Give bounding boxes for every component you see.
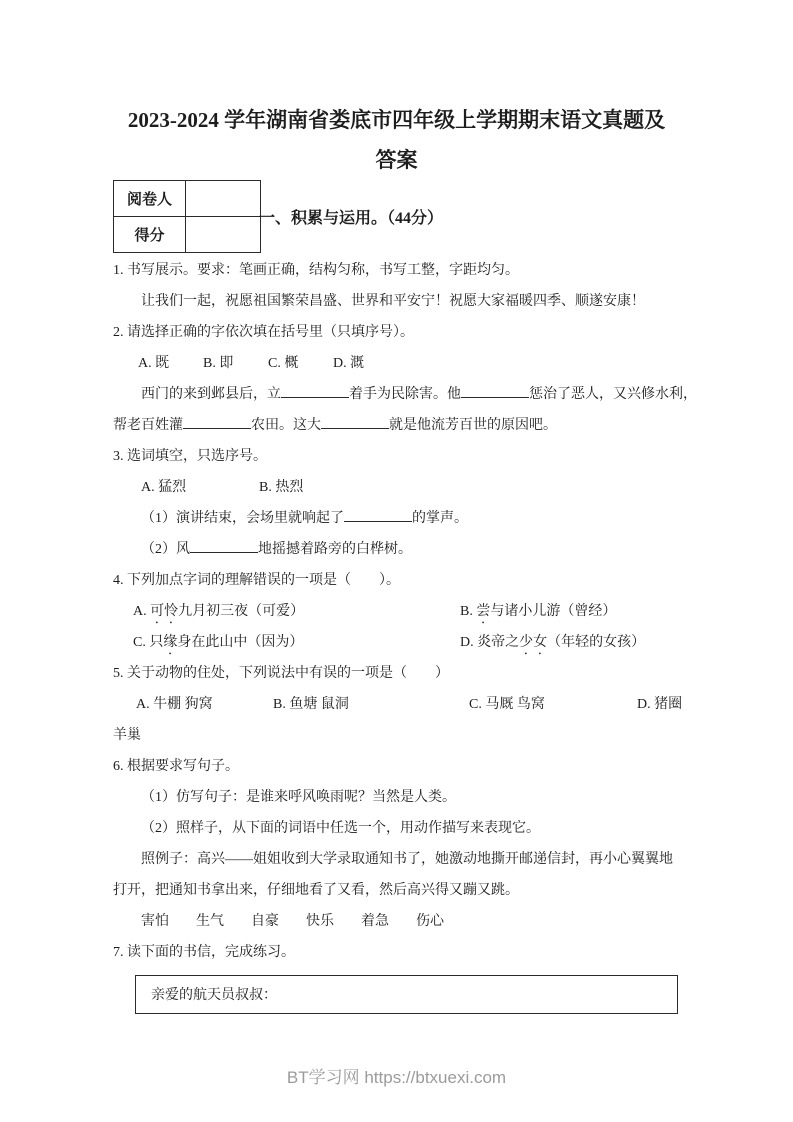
q6-word-bank: 害怕 生气 自豪 快乐 着急 伤心: [113, 906, 684, 937]
q2-option-a: A. 既: [138, 348, 203, 379]
q3-options-row: A. 猛烈 B. 热烈: [113, 472, 684, 503]
emphasized-word: 尝: [476, 604, 490, 619]
emphasized-word: 缘: [163, 635, 177, 650]
table-row: 得分: [114, 217, 261, 253]
q5-option-d-wrap: 羊巢: [113, 720, 684, 751]
word-item: 着急: [361, 906, 389, 937]
site-watermark: BT学习网 https://btxuexi.com: [0, 1063, 793, 1088]
fill-blank: [190, 540, 258, 553]
q2-options-row: A. 既 B. 即 C. 概 D. 溉: [113, 348, 684, 379]
q4-option-b: B. 尝与诸小儿游（曾经）: [460, 596, 684, 627]
fill-blank: [321, 416, 389, 429]
word-item: 快乐: [306, 906, 334, 937]
q2-fill-line2: 帮老百姓灌农田。这大就是他流芳百世的原因吧。: [113, 410, 684, 441]
grader-score-table: 阅卷人 得分: [113, 180, 261, 253]
reviewer-label-cell: 阅卷人: [114, 181, 186, 217]
emphasized-word: 可怜: [150, 604, 178, 619]
reviewer-value-cell: [186, 181, 261, 217]
word-item: 自豪: [251, 906, 279, 937]
fill-blank: [281, 385, 349, 398]
word-item: 伤心: [416, 906, 444, 937]
document-title-line2: 答案: [0, 140, 793, 180]
emphasized-word: 少女: [519, 635, 547, 650]
q1-stem: 1. 书写展示。要求：笔画正确，结构匀称，书写工整，字距均匀。: [113, 255, 684, 286]
q5-option-d: D. 猪圈: [637, 689, 684, 720]
q6-item2: （2）照样子，从下面的词语中任选一个，用动作描写来表现它。: [113, 813, 684, 844]
q4-option-a: A. 可怜九月初三夜（可爱）: [133, 596, 460, 627]
grader-score-block: 阅卷人 得分 一、积累与运用。（44分）: [113, 180, 684, 253]
q7-stem: 7. 读下面的书信，完成练习。: [113, 937, 684, 968]
q2-option-b: B. 即: [203, 348, 268, 379]
q2-option-d: D. 溉: [333, 348, 398, 379]
q6-example-line2: 打开，把通知书拿出来，仔细地看了又看，然后高兴得又蹦又跳。: [113, 875, 684, 906]
fill-blank: [344, 509, 412, 522]
letter-salutation: 亲爱的航天员叔叔：: [151, 988, 277, 1003]
q4-stem: 4. 下列加点字词的理解错误的一项是（ ）。: [113, 565, 684, 596]
q3-stem: 3. 选词填空，只选序号。: [113, 441, 684, 472]
q5-option-c: C. 马厩 鸟窝: [469, 689, 637, 720]
q5-option-a: A. 牛棚 狗窝: [136, 689, 273, 720]
q5-option-b: B. 鱼塘 鼠洞: [273, 689, 469, 720]
score-value-cell: [186, 217, 261, 253]
q4-option-d: D. 炎帝之少女（年轻的女孩）: [460, 627, 684, 658]
q3-item1: （1）演讲结束，会场里就响起了的掌声。: [113, 503, 684, 534]
q5-options-row: A. 牛棚 狗窝 B. 鱼塘 鼠洞 C. 马厩 鸟窝 D. 猪圈: [113, 689, 684, 720]
q6-item1: （1）仿写句子：是谁来呼风唤雨呢？当然是人类。: [113, 782, 684, 813]
q2-stem: 2. 请选择正确的字依次填在括号里（只填序号）。: [113, 317, 684, 348]
q6-example-line1: 照例子：高兴——姐姐收到大学录取通知书了，她激动地撕开邮递信封，再小心翼翼地: [113, 844, 684, 875]
fill-blank: [183, 416, 251, 429]
word-item: 生气: [196, 906, 224, 937]
table-row: 阅卷人: [114, 181, 261, 217]
q4-options-row-cd: C. 只缘身在此山中（因为） D. 炎帝之少女（年轻的女孩）: [113, 627, 684, 658]
word-item: 害怕: [141, 906, 169, 937]
exam-document-page: 2023-2024 学年湖南省娄底市四年级上学期期末语文真题及 答案 阅卷人 得…: [0, 0, 793, 1122]
q4-options-row-ab: A. 可怜九月初三夜（可爱） B. 尝与诸小儿游（曾经）: [113, 596, 684, 627]
fill-blank: [461, 385, 529, 398]
q2-option-c: C. 概: [268, 348, 333, 379]
q3-option-a: A. 猛烈: [141, 472, 259, 503]
q3-option-b: B. 热烈: [259, 472, 377, 503]
score-label-cell: 得分: [114, 217, 186, 253]
q4-option-c: C. 只缘身在此山中（因为）: [133, 627, 460, 658]
q2-fill-line1: 西门的来到邺县后，立着手为民除害。他惩治了恶人，又兴修水利，: [113, 379, 684, 410]
q1-copy-sentence: 让我们一起，祝愿祖国繁荣昌盛、世界和平安宁！祝愿大家福暖四季、顺遂安康！: [113, 286, 684, 317]
q5-stem: 5. 关于动物的住处，下列说法中有误的一项是（ ）: [113, 658, 684, 689]
q6-stem: 6. 根据要求写句子。: [113, 751, 684, 782]
section-heading: 一、积累与运用。（44分）: [259, 205, 443, 228]
q3-item2: （2）风地摇撼着路旁的白桦树。: [113, 534, 684, 565]
document-title-line1: 2023-2024 学年湖南省娄底市四年级上学期期末语文真题及: [0, 100, 793, 140]
q7-letter-box: 亲爱的航天员叔叔：: [135, 975, 678, 1014]
